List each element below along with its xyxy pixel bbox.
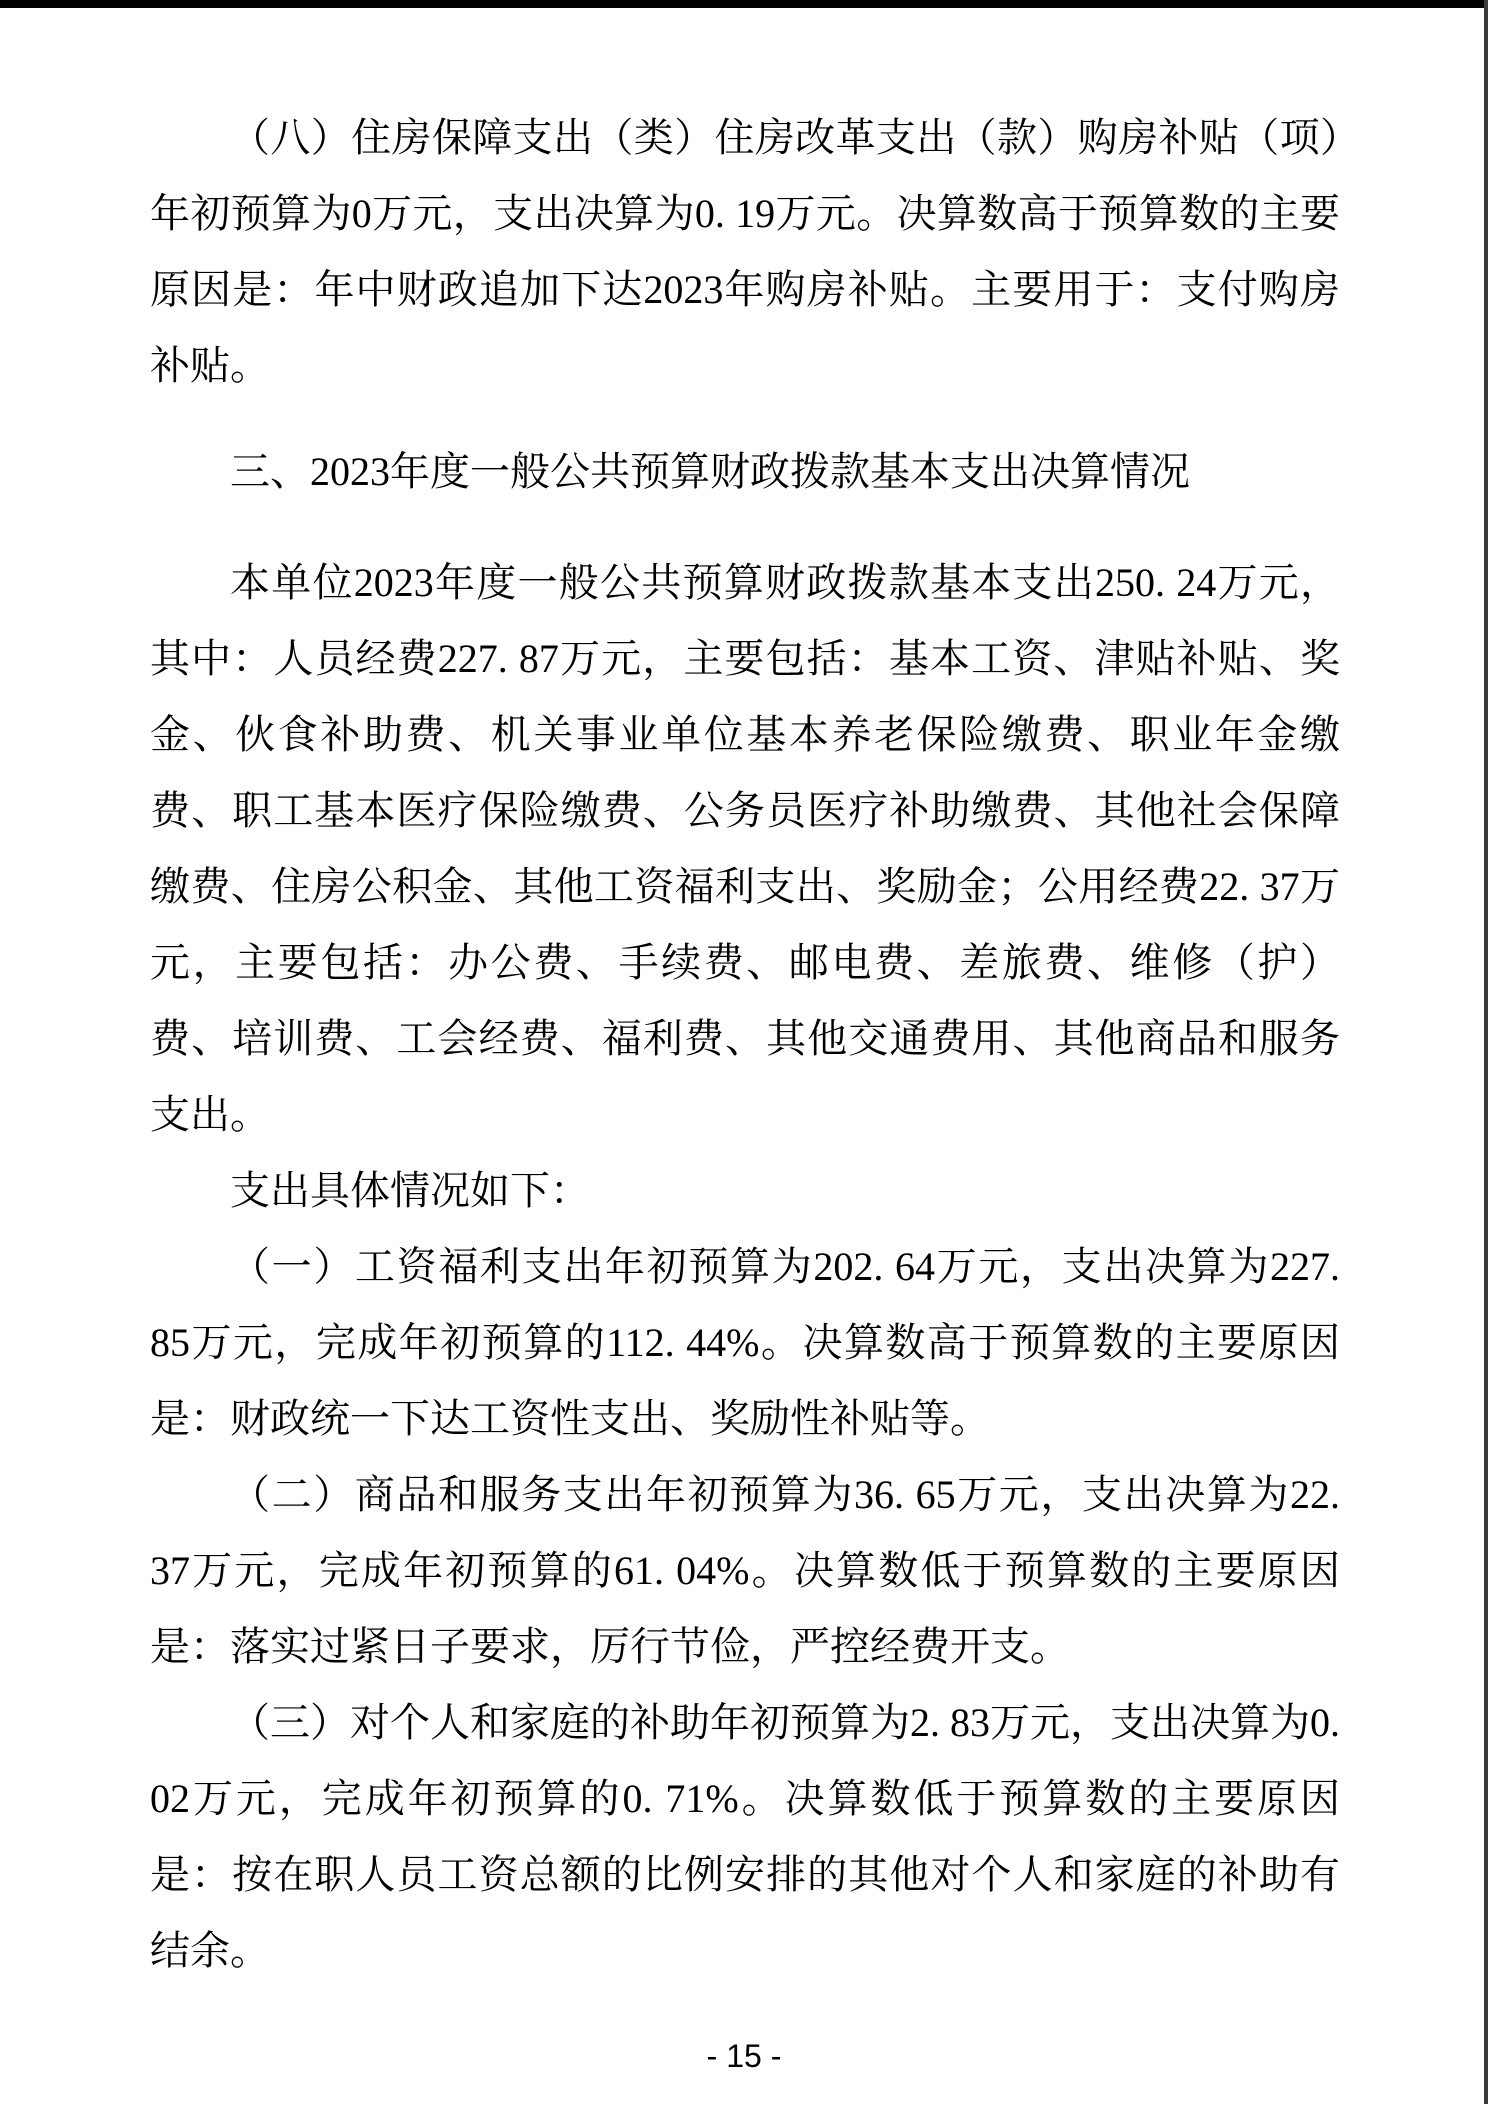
page-footer: - 15 - <box>0 2036 1488 2076</box>
document-page: （八）住房保障支出（类）住房改革支出（款）购房补贴（项）年初预算为0万元，支出决… <box>0 0 1488 2104</box>
scan-top-edge <box>0 0 1488 8</box>
paragraph-item-3-individual-family-subsidy: （三）对个人和家庭的补助年初预算为2. 83万元，支出决算为0. 02万元，完成… <box>150 1685 1340 1989</box>
page-number: - 15 - <box>707 2038 782 2074</box>
paragraph-detail-intro: 支出具体情况如下： <box>150 1153 1340 1229</box>
scan-right-edge <box>1484 0 1488 2104</box>
section-heading: 三、2023年度一般公共预算财政拨款基本支出决算情况 <box>150 434 1340 510</box>
paragraph-item-1-wages-welfare: （一）工资福利支出年初预算为202. 64万元，支出决算为227. 85万元，完… <box>150 1229 1340 1457</box>
paragraph-item-2-goods-services: （二）商品和服务支出年初预算为36. 65万元，支出决算为22. 37万元，完成… <box>150 1457 1340 1685</box>
document-content: （八）住房保障支出（类）住房改革支出（款）购房补贴（项）年初预算为0万元，支出决… <box>150 100 1340 1989</box>
paragraph-item-8-housing-subsidy: （八）住房保障支出（类）住房改革支出（款）购房补贴（项）年初预算为0万元，支出决… <box>150 100 1340 404</box>
paragraph-basic-expenditure-overview: 本单位2023年度一般公共预算财政拨款基本支出250. 24万元，其中：人员经费… <box>150 545 1340 1153</box>
